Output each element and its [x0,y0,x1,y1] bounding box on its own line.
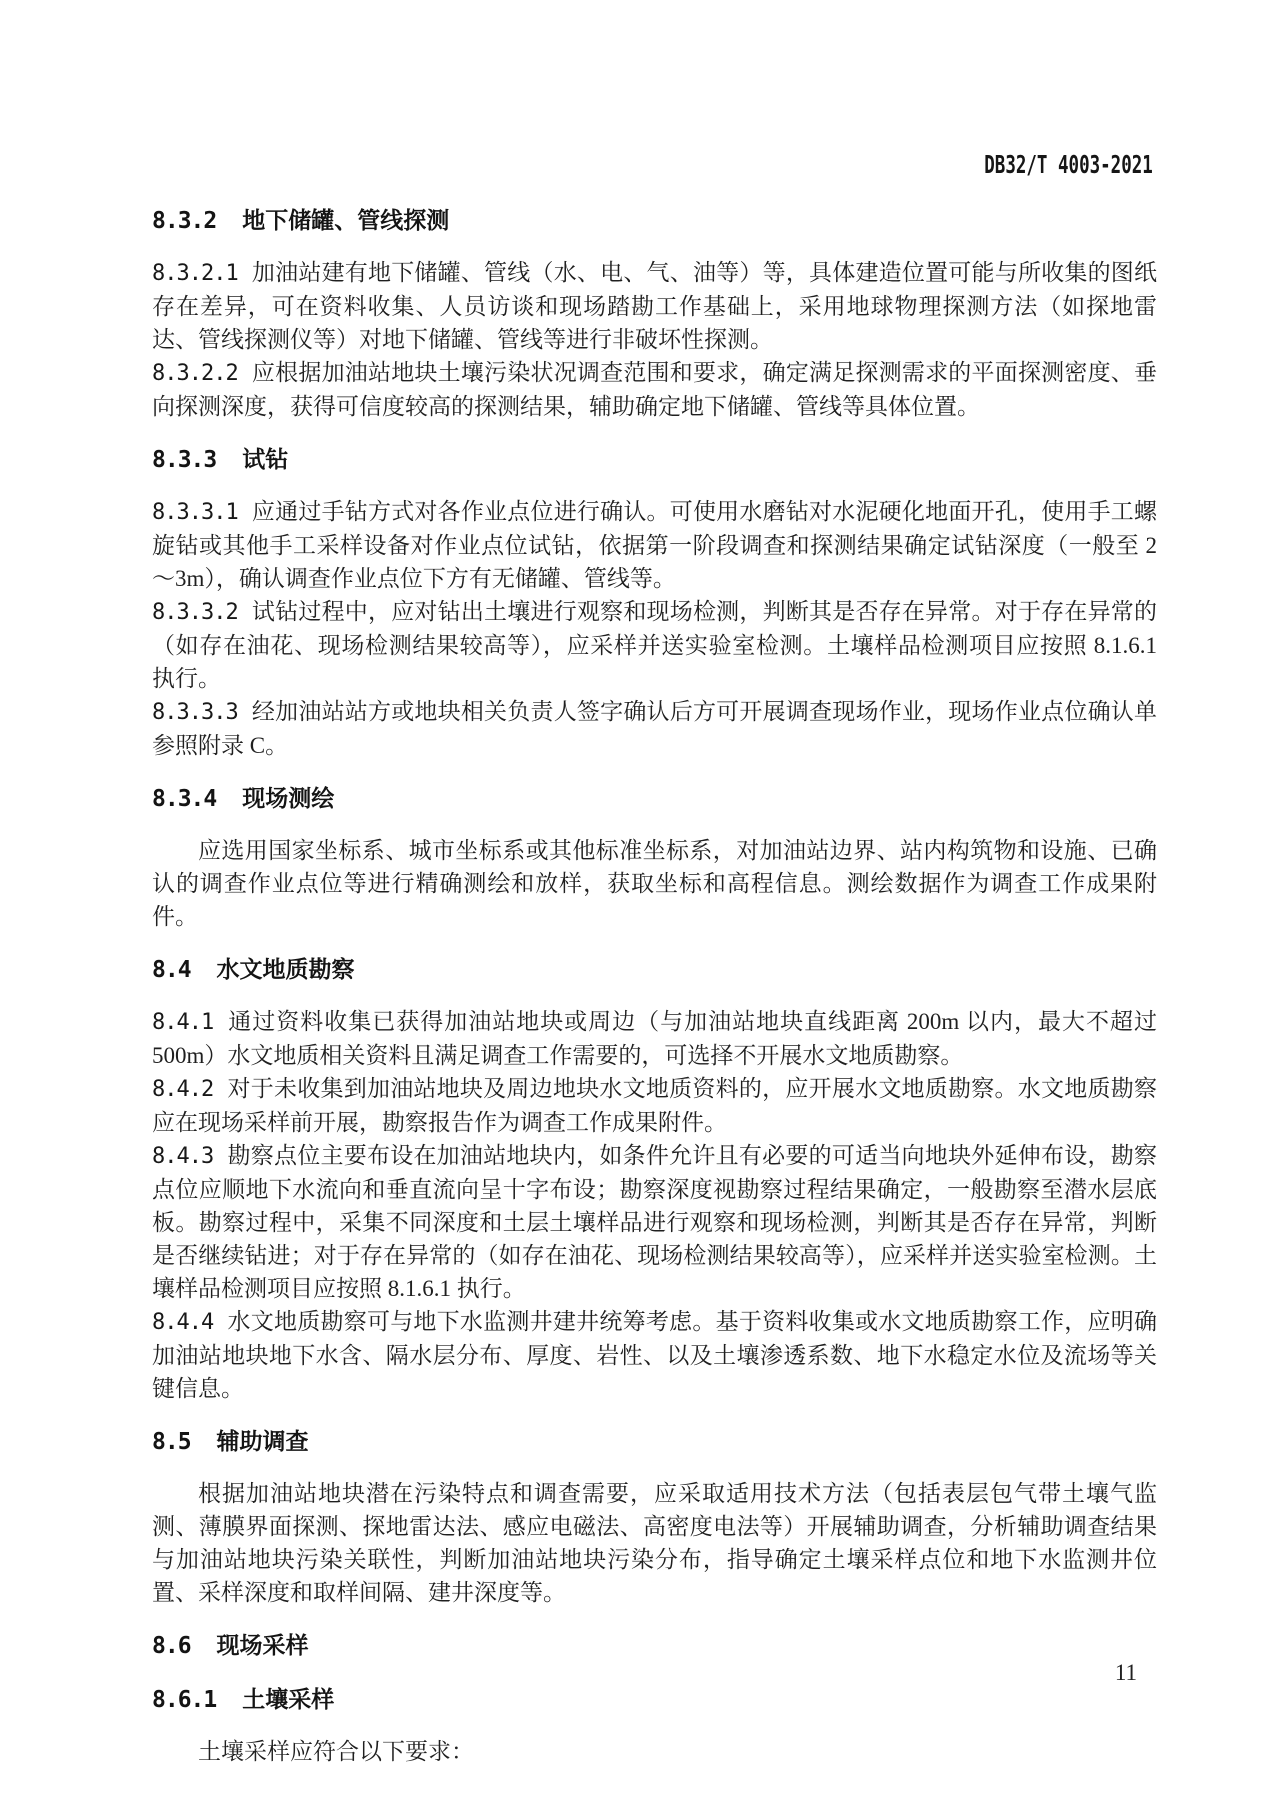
clause-paragraph-8-4-3: 8.4.3勘察点位主要布设在加油站地块内，如条件允许且有必要的可适当向地块外延伸… [152,1139,1157,1305]
page-number: 11 [1115,1660,1137,1686]
clause-number: 8.3.3.1 [152,500,238,525]
clause-text: 水文地质勘察可与地下水监测井建井统筹考虑。基于资料收集或水文地质勘察工作，应明确… [152,1309,1157,1401]
clause-paragraph-8-4-4: 8.4.4水文地质勘察可与地下水监测井建井统筹考虑。基于资料收集或水文地质勘察工… [152,1305,1157,1405]
clause-number: 8.3.3.2 [152,600,238,625]
clause-title: 土壤采样 [242,1686,334,1712]
clause-title: 辅助调查 [217,1428,309,1454]
clause-title: 水文地质勘察 [217,956,355,982]
clause-text: 对于未收集到加油站地块及周边地块水文地质资料的，应开展水文地质勘察。水文地质勘察… [152,1076,1157,1135]
clause-number: 8.3.4 [152,786,216,812]
clause-paragraph-8-3-2-2: 8.3.2.2应根据加油站地块土壤污染状况调查范围和要求，确定满足探测需求的平面… [152,356,1157,423]
clause-paragraph-8-3-3-1: 8.3.3.1应通过手钻方式对各作业点位进行确认。可使用水磨钻对水泥硬化地面开孔… [152,495,1157,595]
clause-number: 8.3.3 [152,447,216,473]
clause-number: 8.5 [152,1429,191,1455]
clause-heading-8-5: 8.5辅助调查 [152,1425,1157,1459]
clause-paragraph-8-3-2-1: 8.3.2.1加油站建有地下储罐、管线（水、电、气、油等）等，具体建造位置可能与… [152,256,1157,356]
clause-title: 地下储罐、管线探测 [242,207,449,233]
clause-title: 现场测绘 [242,785,334,811]
clause-paragraph-8-3-3-3: 8.3.3.3经加油站站方或地块相关负责人签字确认后方可开展调查现场作业，现场作… [152,695,1157,762]
clause-number: 8.3.3.3 [152,700,238,725]
clause-text: 通过资料收集已获得加油站地块或周边（与加油站地块直线距离 200m 以内，最大不… [152,1009,1157,1068]
clause-heading-8-3-4: 8.3.4现场测绘 [152,782,1157,816]
clause-text: 加油站建有地下储罐、管线（水、电、气、油等）等，具体建造位置可能与所收集的图纸存… [152,260,1157,352]
clause-heading-8-4: 8.4水文地质勘察 [152,953,1157,987]
clause-number: 8.4.2 [152,1077,213,1102]
clause-paragraph-8-4-1: 8.4.1通过资料收集已获得加油站地块或周边（与加油站地块直线距离 200m 以… [152,1005,1157,1072]
clause-text: 应通过手钻方式对各作业点位进行确认。可使用水磨钻对水泥硬化地面开孔，使用手工螺旋… [152,499,1157,591]
clause-text: 勘察点位主要布设在加油站地块内，如条件允许且有必要的可适当向地块外延伸布设，勘察… [152,1143,1157,1301]
clause-heading-8-6: 8.6现场采样 [152,1629,1157,1663]
clause-heading-8-3-2: 8.3.2地下储罐、管线探测 [152,204,1157,238]
clause-number: 8.4.4 [152,1310,213,1335]
page-content: 8.3.2地下储罐、管线探测 8.3.2.1加油站建有地下储罐、管线（水、电、气… [152,0,1157,1768]
clause-text: 试钻过程中，应对钻出土壤进行观察和现场检测，判断其是否存在异常。对于存在异常的（… [152,599,1157,691]
clause-number: 8.4.3 [152,1144,213,1169]
clause-text: 应根据加油站地块土壤污染状况调查范围和要求，确定满足探测需求的平面探测密度、垂向… [152,360,1157,419]
clause-title: 现场采样 [217,1632,309,1658]
clause-number: 8.6 [152,1633,191,1659]
clause-number: 8.4.1 [152,1010,213,1035]
clause-paragraph-8-4-2: 8.4.2对于未收集到加油站地块及周边地块水文地质资料的，应开展水文地质勘察。水… [152,1072,1157,1139]
clause-heading-8-6-1: 8.6.1土壤采样 [152,1683,1157,1717]
clause-number: 8.6.1 [152,1687,216,1713]
clause-number: 8.3.2.1 [152,261,238,286]
clause-number: 8.3.2 [152,208,216,234]
clause-text: 经加油站站方或地块相关负责人签字确认后方可开展调查现场作业，现场作业点位确认单参… [152,699,1157,758]
body-paragraph-8-3-4: 应选用国家坐标系、城市坐标系或其他标准坐标系，对加油站边界、站内构筑物和设施、已… [152,834,1157,933]
clause-paragraph-8-3-3-2: 8.3.3.2试钻过程中，应对钻出土壤进行观察和现场检测，判断其是否存在异常。对… [152,595,1157,695]
clause-title: 试钻 [242,446,288,472]
body-paragraph-8-5: 根据加油站地块潜在污染特点和调查需要，应采取适用技术方法（包括表层包气带土壤气监… [152,1477,1157,1609]
clause-heading-8-3-3: 8.3.3试钻 [152,443,1157,477]
standard-document-page: DB32/T 4003-2021 8.3.2地下储罐、管线探测 8.3.2.1加… [0,0,1280,1810]
body-paragraph-8-6-1: 土壤采样应符合以下要求： [152,1735,1157,1768]
clause-number: 8.3.2.2 [152,361,238,386]
clause-number: 8.4 [152,957,191,983]
